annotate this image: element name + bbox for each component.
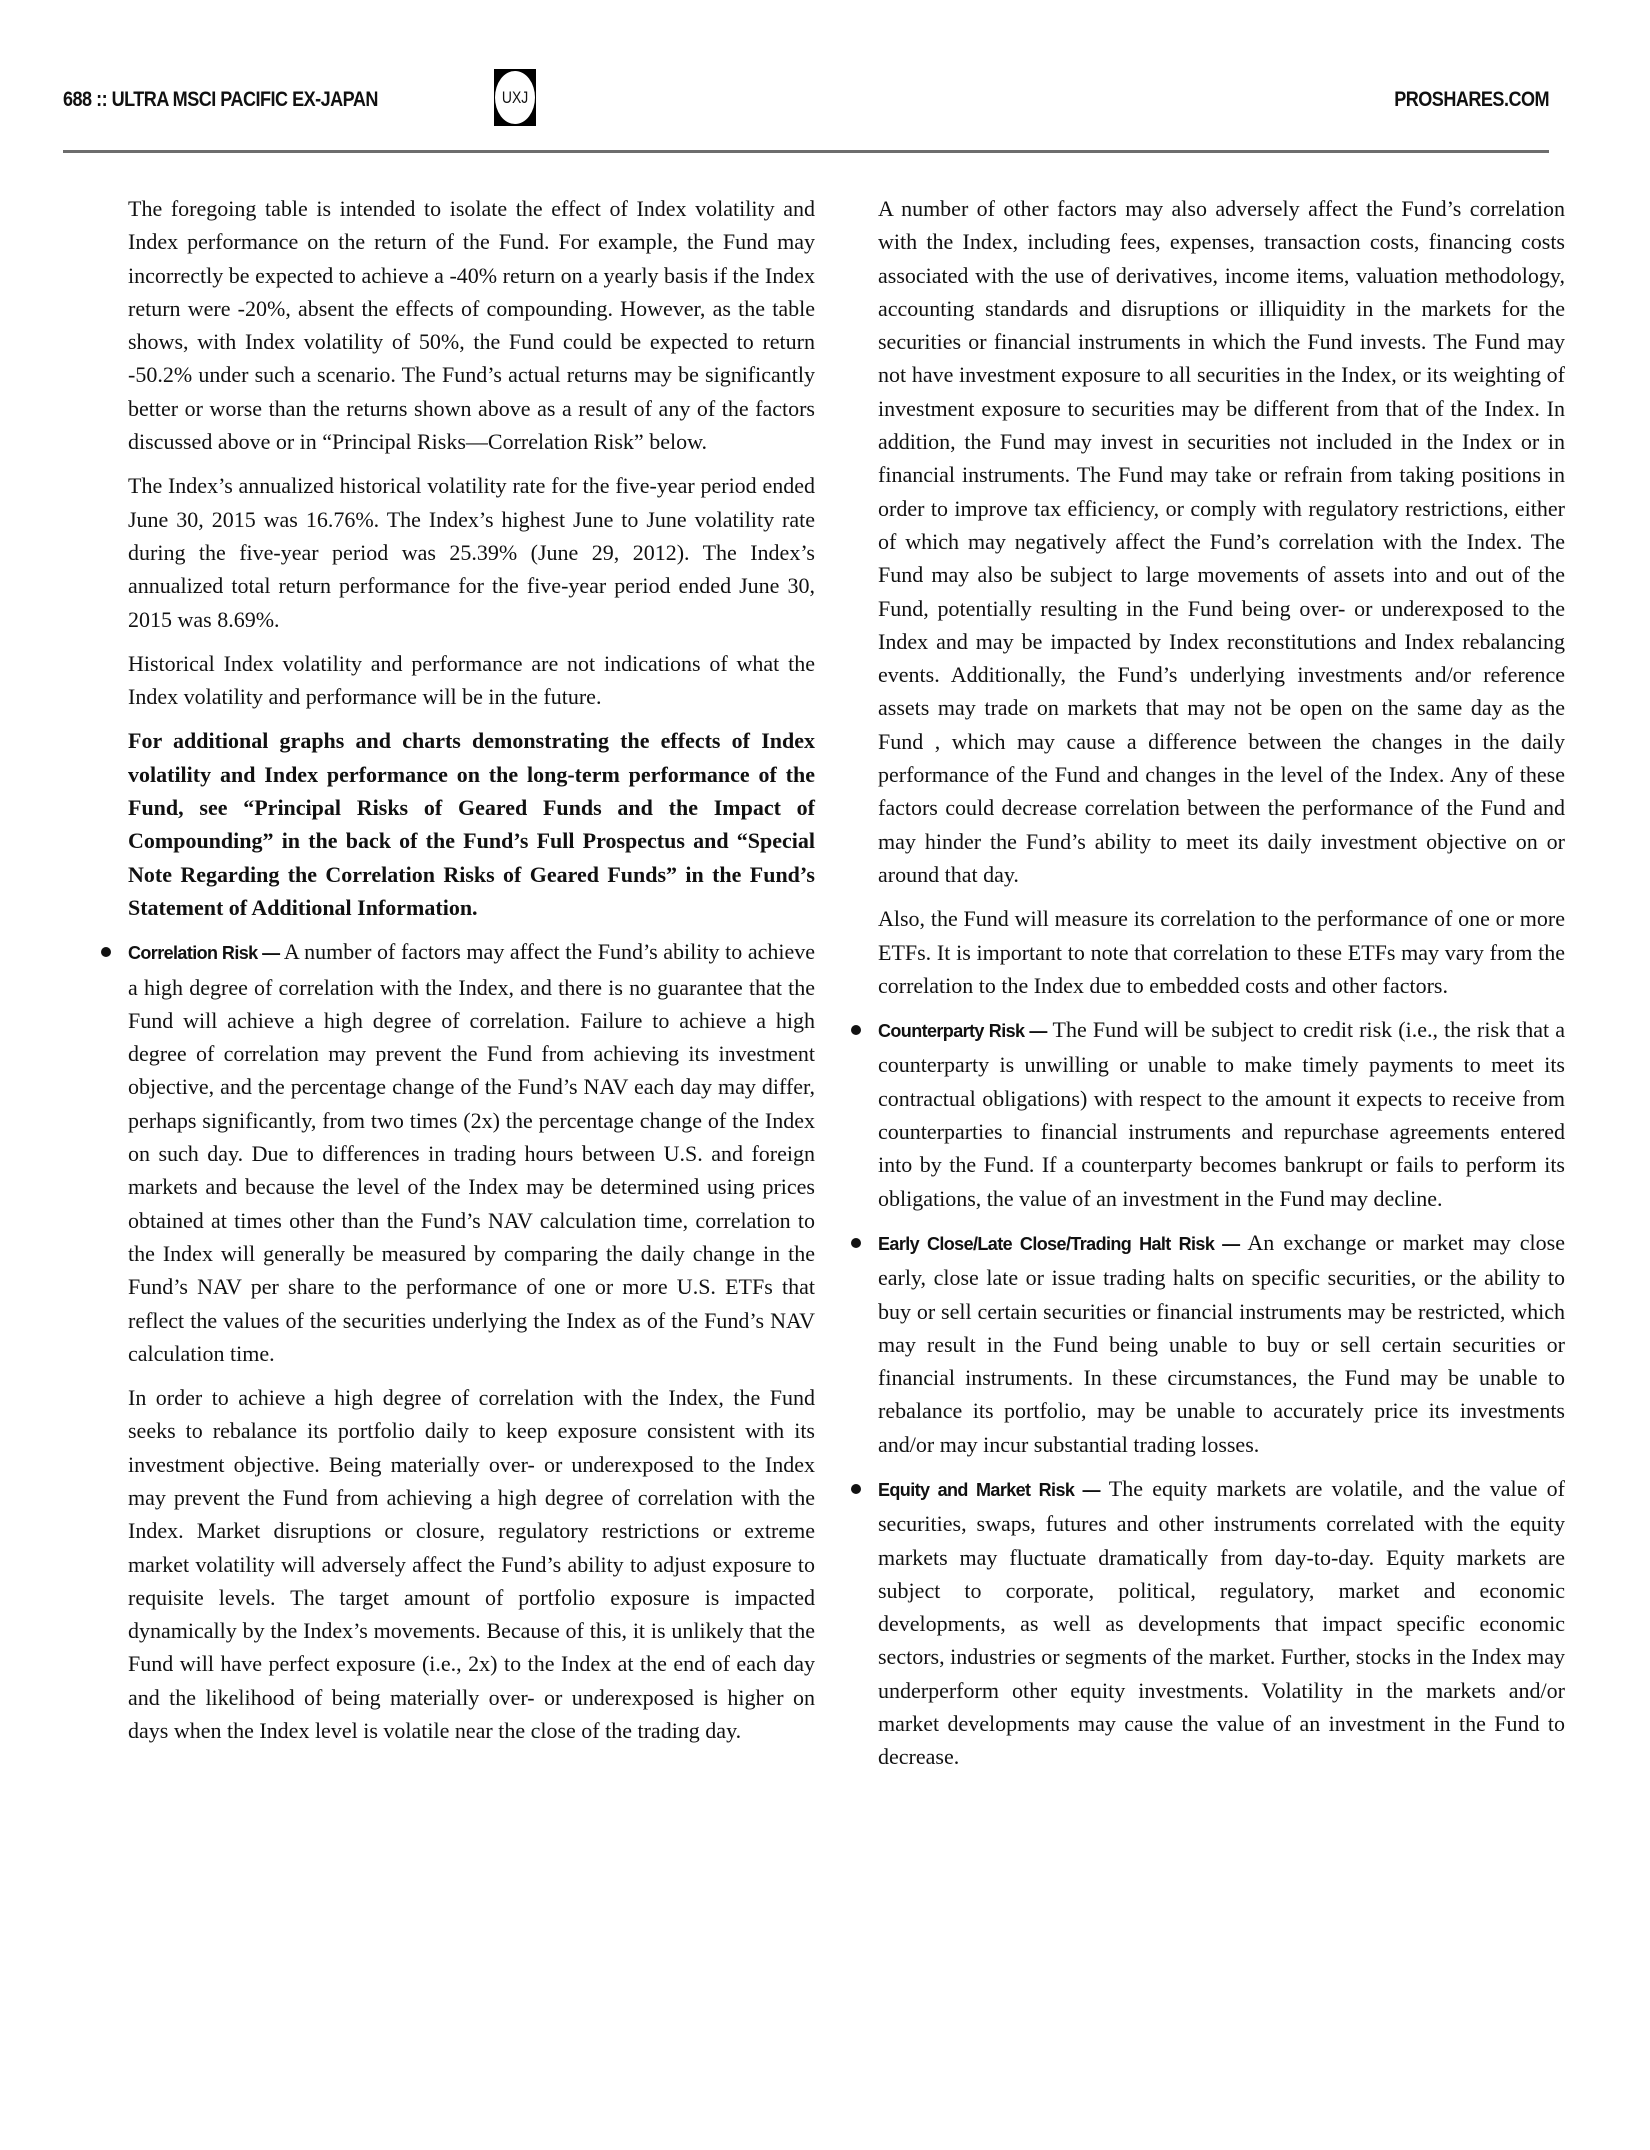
risk-text: A number of factors may affect the Fund’… bbox=[128, 939, 815, 1366]
paragraph-correlation-rebalance: In order to achieve a high degree of cor… bbox=[128, 1381, 815, 1747]
site-link[interactable]: PROSHARES.COM bbox=[1394, 88, 1549, 112]
paragraph-historical-disclaimer: Historical Index volatility and performa… bbox=[128, 647, 815, 714]
paragraph-other-factors: A number of other factors may also adver… bbox=[878, 192, 1565, 891]
bullet-icon bbox=[851, 1238, 861, 1248]
risk-term: Equity and Market Risk — bbox=[878, 1480, 1100, 1500]
risk-text: The equity markets are volatile, and the… bbox=[878, 1476, 1565, 1769]
left-column: The foregoing table is intended to isola… bbox=[128, 192, 815, 1758]
risk-item-correlation: Correlation Risk — A number of factors m… bbox=[128, 935, 815, 1370]
risk-term: Early Close/Late Close/Trading Halt Risk… bbox=[878, 1234, 1240, 1254]
header-divider bbox=[63, 150, 1549, 153]
paragraph-etf-correlation: Also, the Fund will measure its correlat… bbox=[878, 902, 1565, 1002]
risk-item-early-close: Early Close/Late Close/Trading Halt Risk… bbox=[878, 1226, 1565, 1461]
risk-item-counterparty: Counterparty Risk — The Fund will be sub… bbox=[878, 1013, 1565, 1215]
paragraph-additional-graphs-note: For additional graphs and charts demonst… bbox=[128, 724, 815, 924]
paragraph-index-volatility: The Index’s annualized historical volati… bbox=[128, 469, 815, 635]
right-column: A number of other factors may also adver… bbox=[878, 192, 1565, 1785]
page-header: 688 :: ULTRA MSCI PACIFIC EX-JAPAN UXJ P… bbox=[0, 0, 1650, 160]
paragraph-table-explanation: The foregoing table is intended to isola… bbox=[128, 192, 815, 458]
risk-term: Counterparty Risk — bbox=[878, 1021, 1047, 1041]
risk-term: Correlation Risk — bbox=[128, 943, 279, 963]
risk-item-equity-market: Equity and Market Risk — The equity mark… bbox=[878, 1472, 1565, 1774]
ticker-badge-circle-icon: UXJ bbox=[495, 71, 535, 124]
bullet-icon bbox=[851, 1484, 861, 1494]
page-title: 688 :: ULTRA MSCI PACIFIC EX-JAPAN bbox=[63, 88, 378, 112]
ticker-badge-label: UXJ bbox=[502, 88, 528, 108]
risk-text: The Fund will be subject to credit risk … bbox=[878, 1017, 1565, 1210]
bullet-icon bbox=[101, 947, 111, 957]
bullet-icon bbox=[851, 1025, 861, 1035]
risk-text: An exchange or market may close early, c… bbox=[878, 1230, 1565, 1457]
ticker-badge: UXJ bbox=[494, 69, 536, 126]
